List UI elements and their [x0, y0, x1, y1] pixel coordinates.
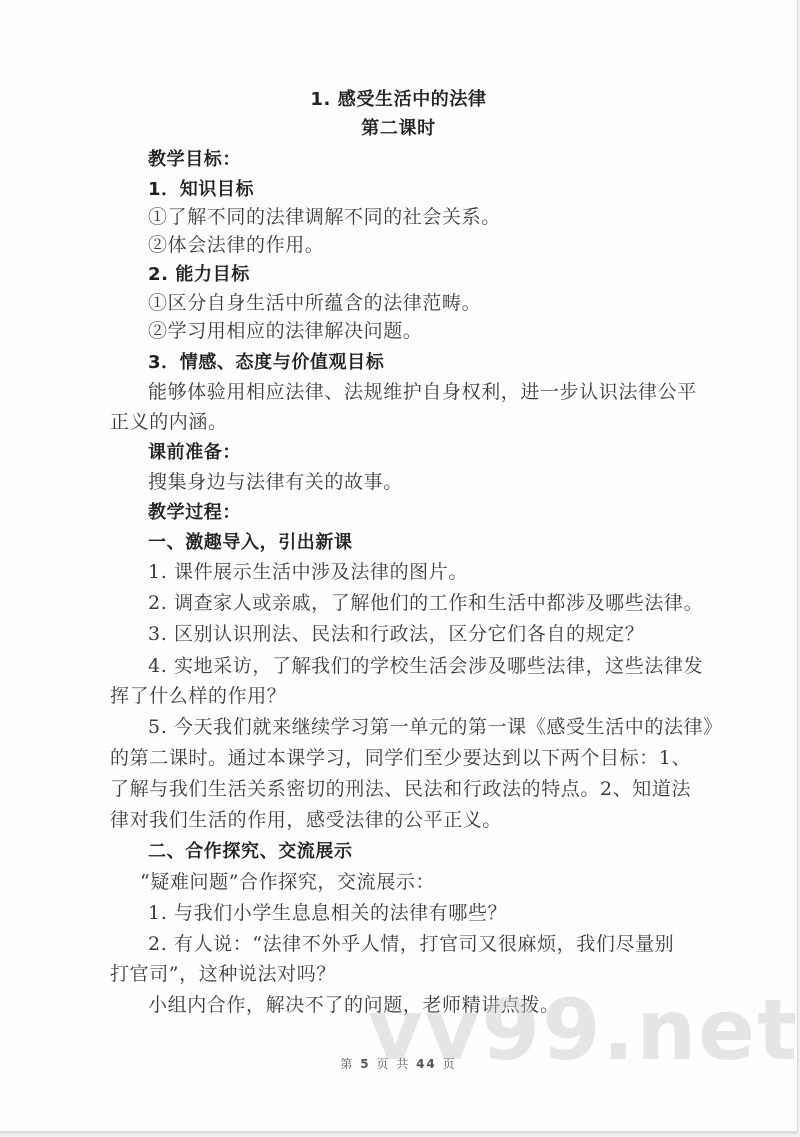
total-pages-number: 44	[416, 1057, 437, 1071]
part2-heading: 二、合作探究、交流展示	[148, 840, 353, 864]
current-page-number: 5	[360, 1057, 370, 1071]
emotion-text: 能够体验用相应法律、法规维护自身权利，进一步认识法律公平	[148, 380, 697, 404]
page-footer: 第 5 页 共 44 页	[0, 1055, 797, 1072]
document-title: 1. 感受生活中的法律	[0, 88, 797, 112]
prep-text: 搜集身边与法律有关的故事。	[148, 470, 403, 494]
emotion-text: 正义的内涵。	[110, 410, 228, 434]
part1-item: 了解与我们生活关系密切的刑法、民法和行政法的特点。2、知道法	[110, 777, 691, 801]
objectives-heading: 教学目标：	[148, 148, 241, 172]
part1-item: 3. 区别认识刑法、民法和行政法，区分它们各自的规定？	[148, 622, 644, 646]
ability-item: ①区分自身生活中所蕴含的法律范畴。	[148, 291, 481, 315]
document-subtitle: 第二课时	[0, 117, 797, 141]
part1-item: 2. 调查家人或亲戚，了解他们的工作和生活中都涉及哪些法律。	[148, 591, 703, 615]
ability-item: ②学习用相应的法律解决问题。	[148, 319, 422, 343]
process-heading: 教学过程：	[148, 501, 241, 525]
part2-item: 小组内合作，解决不了的问题，老师精讲点拨。	[148, 993, 560, 1017]
part1-item: 律对我们生活的作用，感受法律的公平正义。	[110, 808, 502, 832]
part2-item: 打官司”，这种说法对吗？	[110, 962, 336, 986]
part2-item: 2. 有人说：“法律不外乎人情，打官司又很麻烦，我们尽量别	[148, 932, 674, 956]
document-page: 1. 感受生活中的法律 第二课时 教学目标： 1．知识目标 ①了解不同的法律调解…	[0, 0, 798, 1133]
ability-heading: 2. 能力目标	[148, 263, 250, 287]
part2-item: 1. 与我们小学生息息相关的法律有哪些？	[148, 901, 507, 925]
part1-item: 1. 课件展示生活中涉及法律的图片。	[148, 560, 468, 584]
part1-item: 挥了什么样的作用？	[110, 684, 286, 708]
prep-heading: 课前准备：	[148, 441, 241, 465]
knowledge-item: ②体会法律的作用。	[148, 233, 324, 257]
emotion-heading: 3．情感、态度与价值观目标	[148, 351, 384, 375]
part1-heading: 一、激趣导入，引出新课	[148, 531, 353, 555]
knowledge-heading: 1．知识目标	[148, 178, 254, 202]
part1-item: 4. 实地采访，了解我们的学校生活会涉及哪些法律，这些法律发	[148, 654, 703, 678]
part1-item: 5. 今天我们就来继续学习第一单元的第一课《感受生活中的法律》	[148, 715, 723, 739]
footer-middle: 页 共	[376, 1057, 410, 1071]
knowledge-item: ①了解不同的法律调解不同的社会关系。	[148, 205, 501, 229]
part1-item: 的第二课时。通过本课学习，同学们至少要达到以下两个目标：1、	[110, 746, 691, 770]
footer-suffix: 页	[443, 1057, 457, 1071]
footer-prefix: 第	[340, 1057, 354, 1071]
part2-item: “疑难问题”合作探究，交流展示：	[140, 870, 435, 894]
